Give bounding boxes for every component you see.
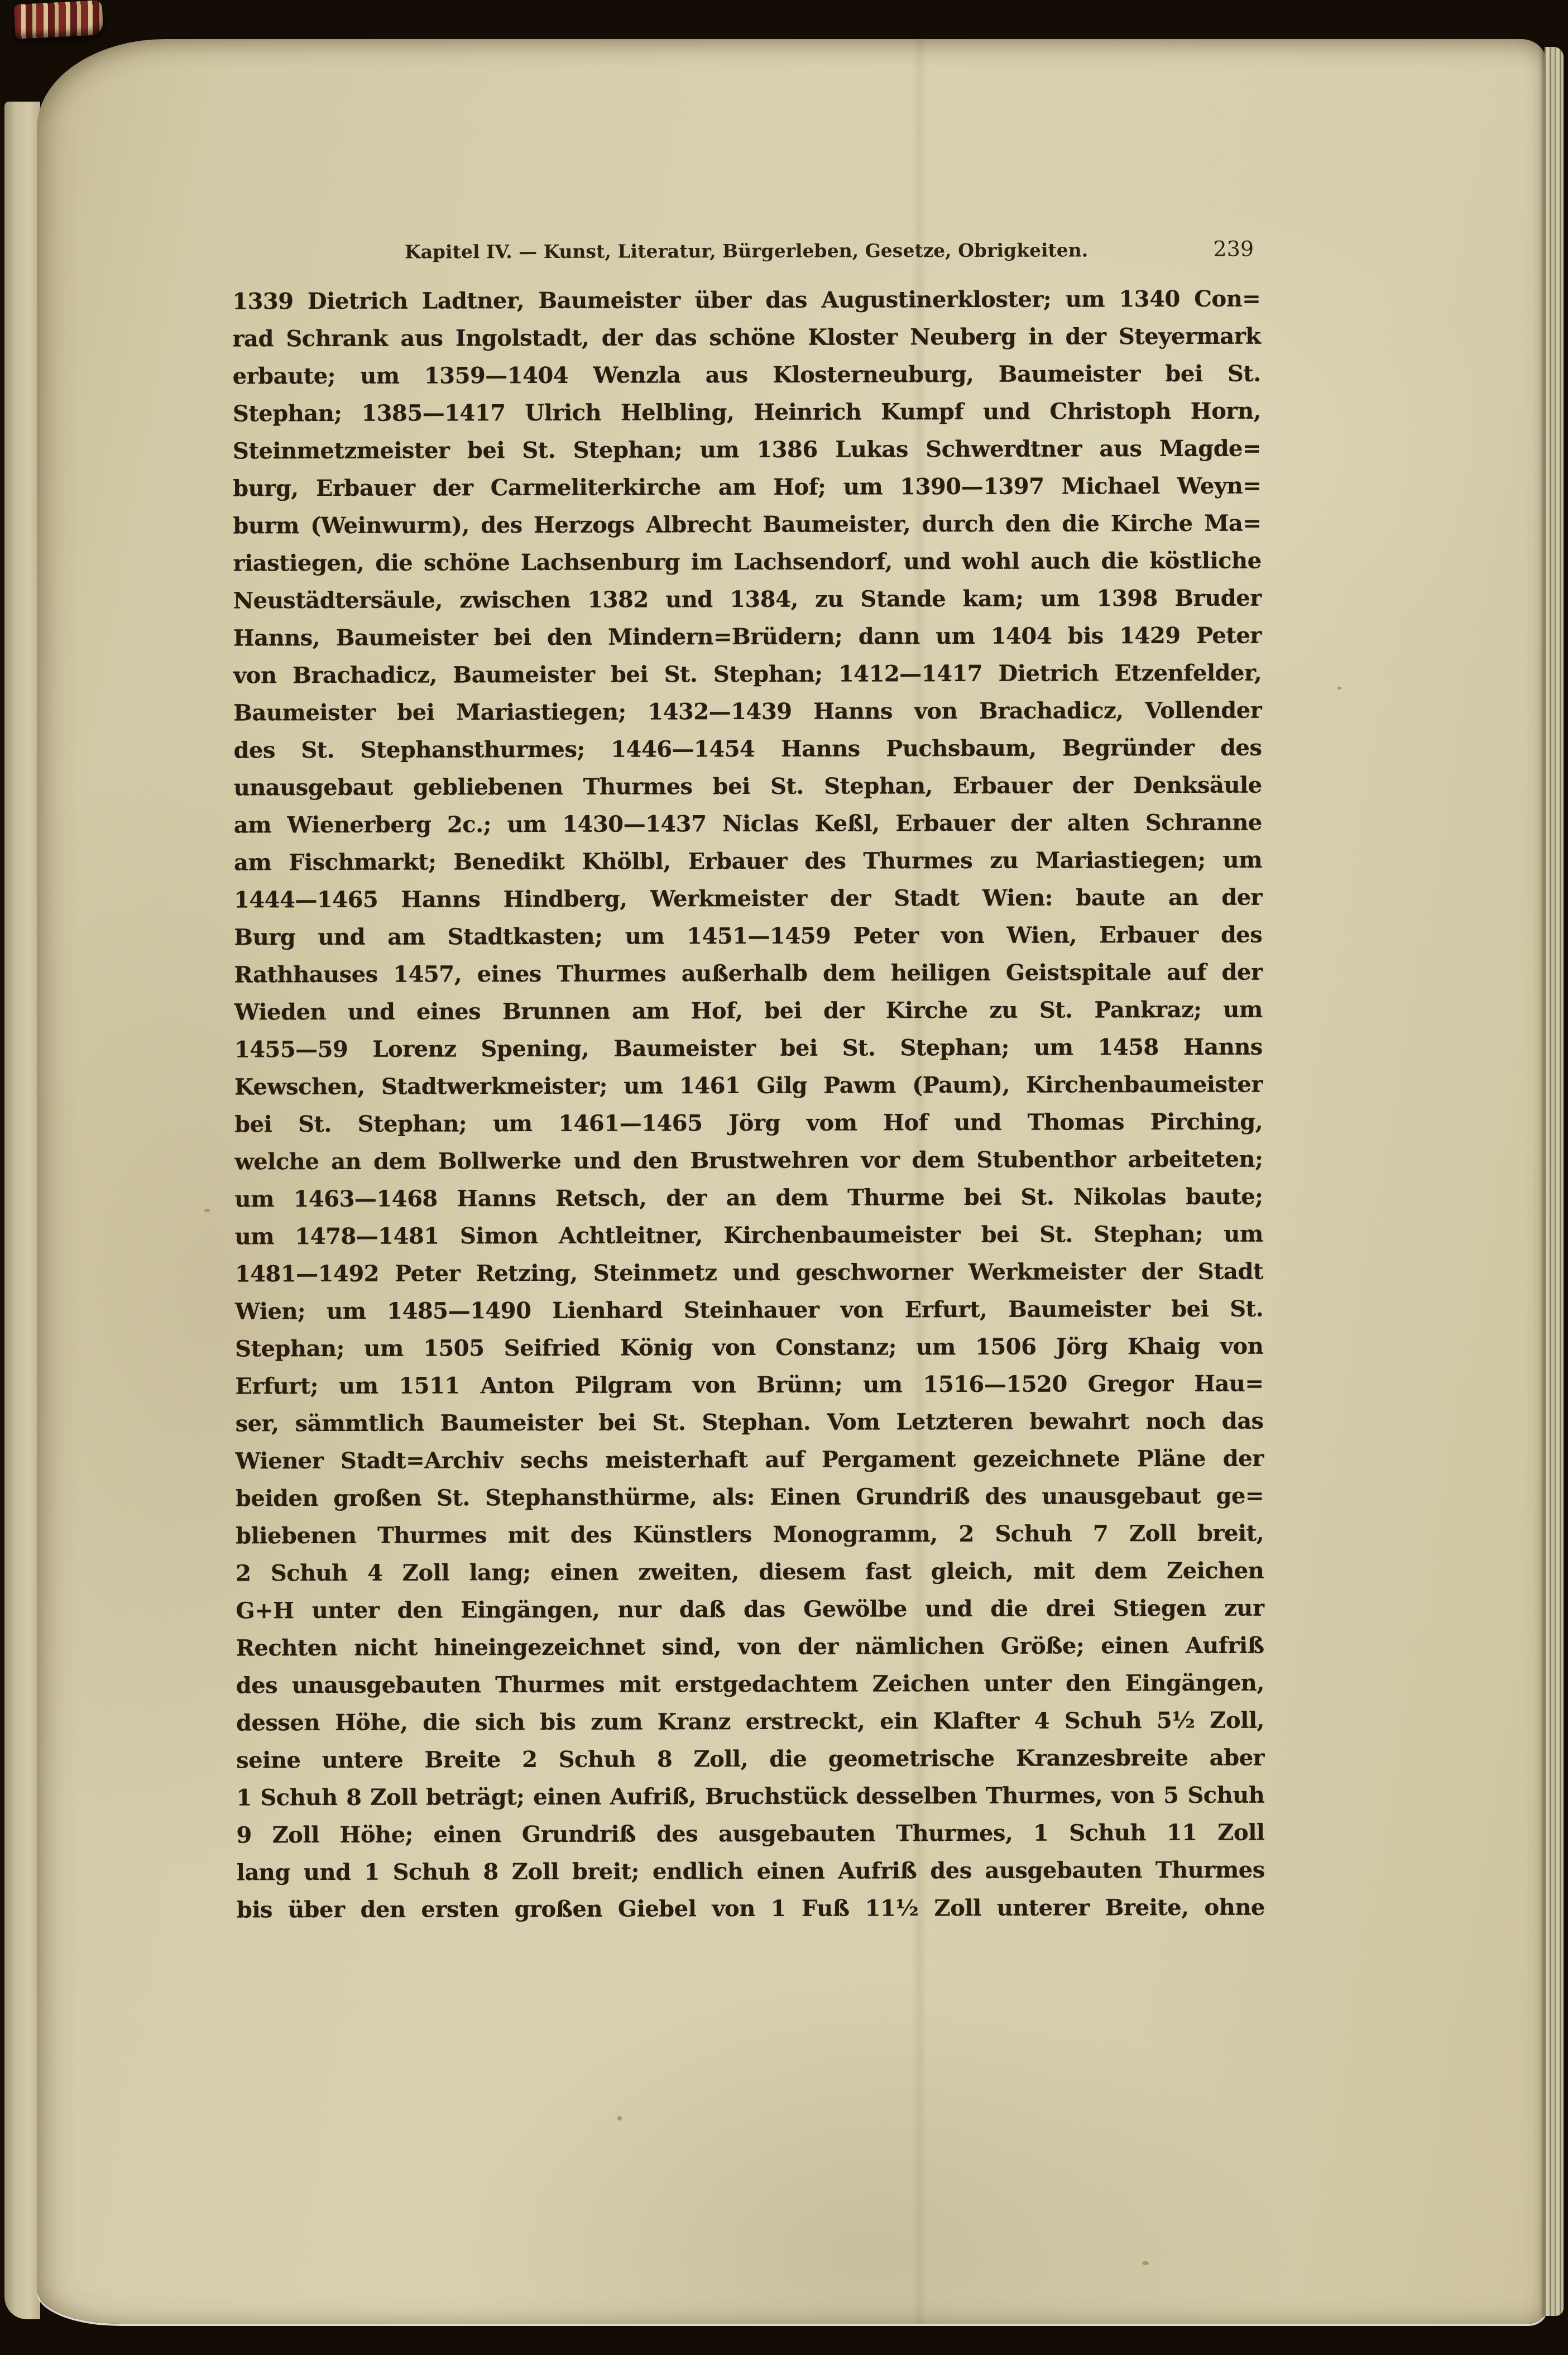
text-line: am Fischmarkt; Benedikt Khölbl, Erbauer … [234,841,1262,882]
text-line: 1 Schuh 8 Zoll beträgt; einen Aufriß, Br… [236,1777,1264,1817]
text-line: beiden großen St. Stephansthürme, als: E… [236,1477,1264,1518]
body-text: 1339 Dietrich Ladtner, Baumeister über d… [232,280,1265,1929]
text-line: Rechten nicht hineingezeichnet sind, von… [236,1627,1264,1667]
chapter-header: Kapitel IV. — Kunst, Literatur, Bürgerle… [232,234,1260,264]
text-line: dessen Höhe, die sich bis zum Kranz erst… [236,1702,1264,1742]
text-line: 1444—1465 Hanns Hindberg, Werkmeister de… [234,879,1262,919]
text-line: am Wienerberg 2c.; um 1430—1437 Niclas K… [234,804,1262,844]
text-line: rad Schrank aus Ingolstadt, der das schö… [232,318,1260,358]
text-line: Wieden und eines Brunnen am Hof, bei der… [234,991,1263,1031]
text-line: Stephan; um 1505 Seifried König von Cons… [235,1328,1263,1368]
text-line: Steinmetzmeister bei St. Stephan; um 138… [233,430,1261,470]
text-line: Baumeister bei Mariastiegen; 1432—1439 H… [233,692,1262,732]
text-line: Wiener Stadt=Archiv sechs meisterhaft au… [236,1440,1264,1480]
page: Kapitel IV. — Kunst, Literatur, Bürgerle… [37,39,1547,2324]
text-line: riastiegen, die schöne Lachsenburg im La… [233,542,1261,582]
page-number: 239 [1214,237,1254,261]
book-scan: { "colors": { "background": "#130d06", "… [0,0,1568,2355]
text-line: seine untere Breite 2 Schuh 8 Zoll, die … [236,1739,1264,1779]
text-line: Stephan; 1385—1417 Ulrich Helbling, Hein… [233,392,1261,433]
text-line: G+H unter den Eingängen, nur daß das Gew… [236,1590,1264,1630]
text-line: des St. Stephansthurmes; 1446—1454 Hanns… [233,729,1262,769]
scan-background: Kapitel IV. — Kunst, Literatur, Bürgerle… [0,0,1568,2355]
text-line: 1481—1492 Peter Retzing, Steinmetz und g… [235,1253,1263,1293]
text-line: Erfurt; um 1511 Anton Pilgram von Brünn;… [235,1365,1263,1405]
text-line: 1455—59 Lorenz Spening, Baumeister bei S… [234,1028,1263,1069]
text-line: burm (Weinwurm), des Herzogs Albrecht Ba… [233,505,1261,545]
text-line: erbaute; um 1359—1404 Wenzla aus Kloster… [233,355,1261,395]
text-line: um 1478—1481 Simon Achtleitner, Kirchenb… [235,1215,1263,1256]
text-line: 1339 Dietrich Ladtner, Baumeister über d… [232,280,1260,320]
book-headband [13,0,103,39]
text-line: unausgebaut gebliebenen Thurmes bei St. … [234,767,1262,807]
page-edges-right [1545,47,1564,2316]
text-line: Hanns, Baumeister bei den Mindern=Brüder… [233,617,1262,657]
text-line: Burg und am Stadtkasten; um 1451—1459 Pe… [234,916,1262,956]
foxing-speck [1337,687,1341,690]
text-line: ser, sämmtlich Baumeister bei St. Stepha… [236,1403,1264,1443]
text-line: Neustädtersäule, zwischen 1382 und 1384,… [233,580,1262,620]
text-line: bei St. Stephan; um 1461—1465 Jörg vom H… [234,1103,1263,1143]
text-line: lang und 1 Schuh 8 Zoll breit; endlich e… [237,1851,1265,1892]
text-line: um 1463—1468 Hanns Retsch, der an dem Th… [234,1178,1263,1218]
foxing-speck [204,1209,210,1212]
text-block: Kapitel IV. — Kunst, Literatur, Bürgerle… [232,234,1265,1929]
running-header: Kapitel IV. — Kunst, Literatur, Bürgerle… [232,234,1260,282]
page-edge-left [4,102,40,2319]
text-line: 2 Schuh 4 Zoll lang; einen zweiten, dies… [236,1552,1264,1592]
text-line: von Brachadicz, Baumeister bei St. Steph… [233,654,1262,695]
text-line: bis über den ersten großen Giebel von 1 … [237,1889,1265,1929]
foxing-speck [1142,2261,1149,2265]
text-line: Rathhauses 1457, eines Thurmes außerhalb… [234,954,1262,994]
text-line: Kewschen, Stadtwerkmeister; um 1461 Gilg… [234,1066,1263,1106]
text-line: bliebenen Thurmes mit des Künstlers Mono… [236,1515,1264,1555]
text-line: 9 Zoll Höhe; einen Grundriß des ausgebau… [236,1814,1264,1854]
text-line: des unausgebauten Thurmes mit erstgedach… [236,1664,1264,1705]
text-line: burg, Erbauer der Carmeliterkirche am Ho… [233,467,1261,508]
text-line: Wien; um 1485—1490 Lienhard Steinhauer v… [235,1290,1263,1330]
text-line: welche an dem Bollwerke und den Brustweh… [234,1141,1263,1181]
foxing-speck [617,2116,622,2121]
